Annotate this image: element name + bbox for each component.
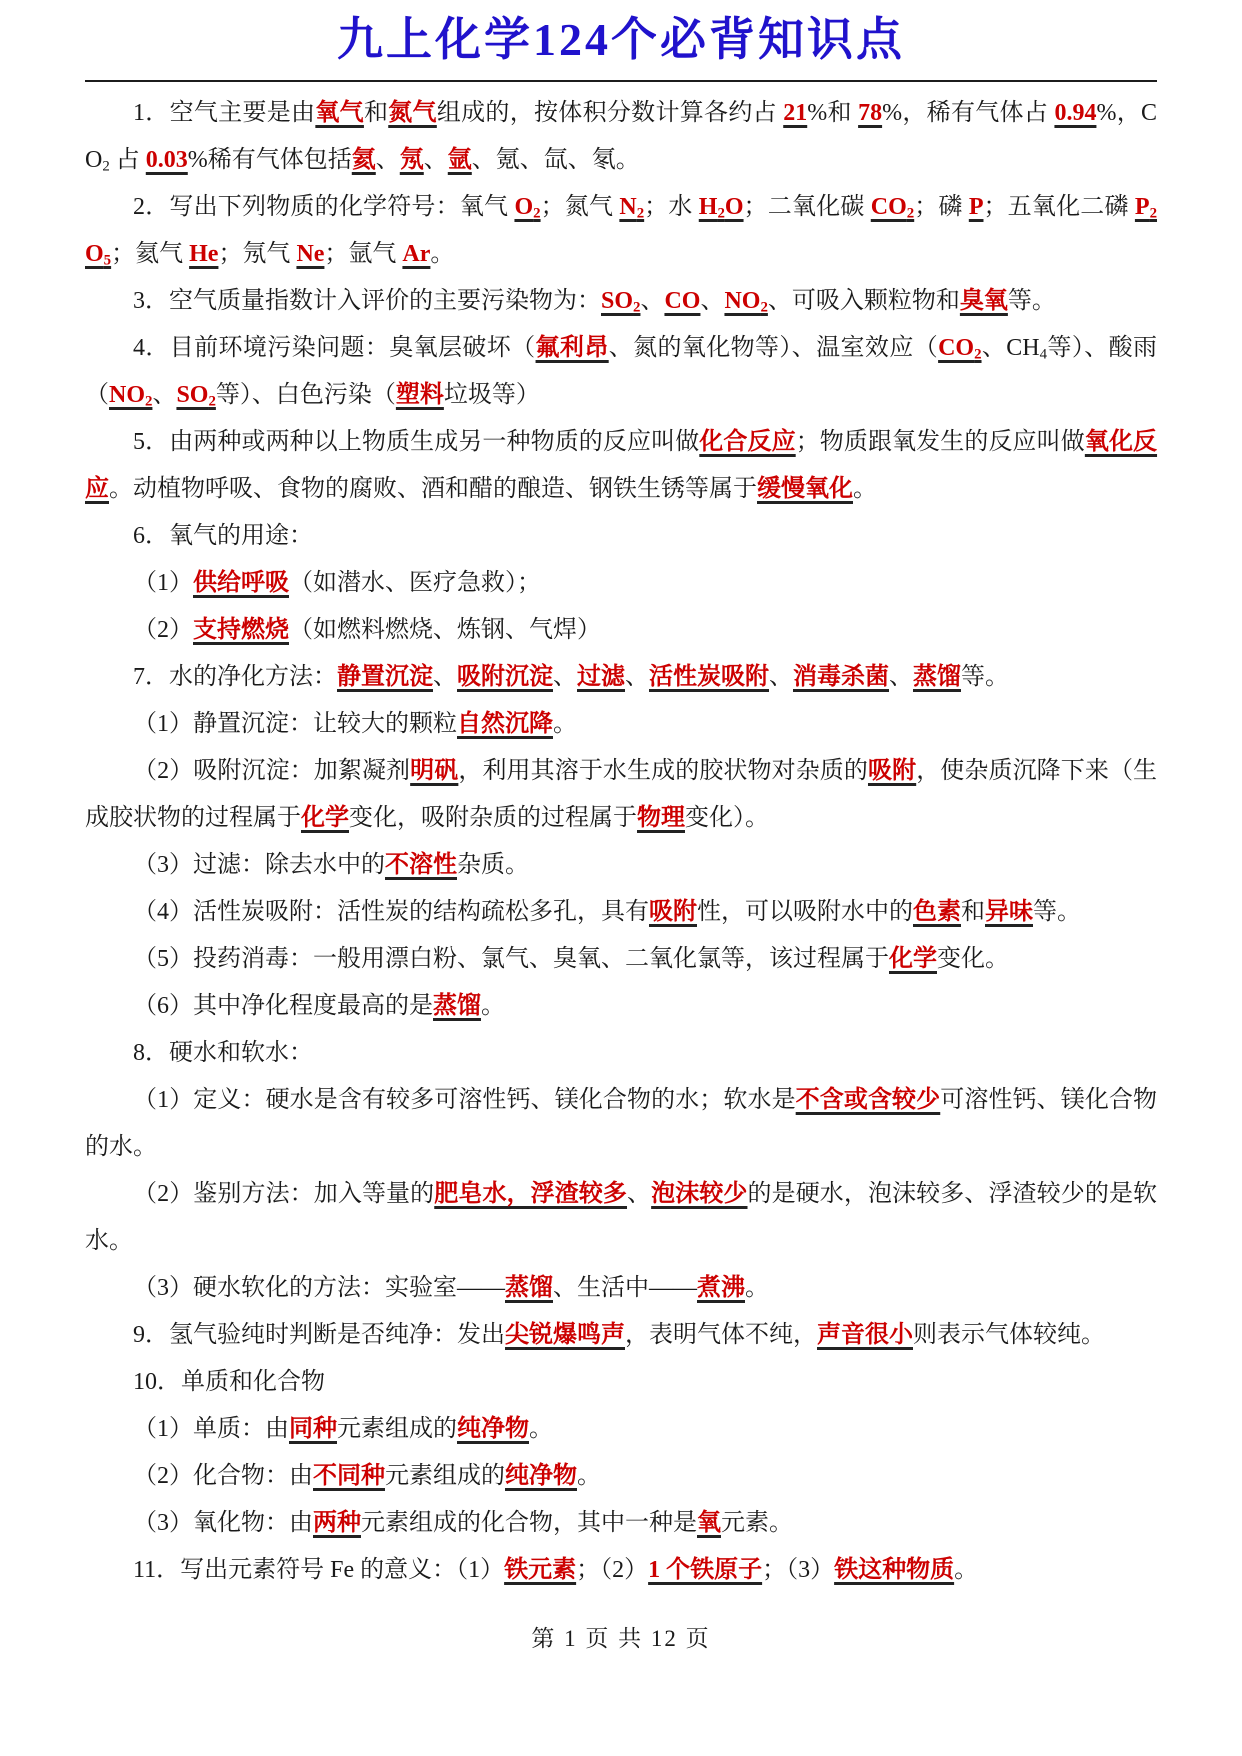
- paragraph: 4．目前环境污染问题：臭氧层破坏（氟利昂、氮的氧化物等）、温室效应（CO2、CH…: [85, 325, 1157, 419]
- highlighted-term: 过滤: [577, 664, 625, 690]
- text-run: 、: [640, 288, 664, 314]
- text-run: 变化）。: [685, 805, 769, 831]
- paragraph: （2）支持燃烧（如燃料燃烧、炼钢、气焊）: [85, 607, 1157, 654]
- highlighted-term: 氩: [448, 147, 472, 173]
- text-run: 、: [553, 664, 577, 690]
- paragraph: 6．氧气的用途：: [85, 513, 1157, 560]
- highlighted-term: 供给呼吸: [193, 570, 289, 596]
- highlighted-term: NO2: [109, 382, 152, 408]
- highlighted-term: 肥皂水，浮渣较多: [434, 1181, 627, 1207]
- highlighted-term: 缓慢氧化: [757, 476, 853, 502]
- paragraph: （3）过滤：除去水中的不溶性杂质。: [85, 842, 1157, 889]
- paragraph: （2）吸附沉淀：加絮凝剂明矾，利用其溶于水生成的胶状物对杂质的吸附，使杂质沉降下…: [85, 748, 1157, 842]
- text-run: ；氖气: [218, 241, 296, 267]
- subscript: 2: [102, 159, 109, 175]
- highlighted-term: 蒸馏: [505, 1275, 553, 1301]
- highlighted-term: 不含或含较少: [796, 1087, 941, 1113]
- paragraph: 11．写出元素符号 Fe 的意义：（1）铁元素；（2）1 个铁原子；（3）铁这种…: [85, 1547, 1157, 1594]
- highlighted-term: SO2: [176, 382, 215, 408]
- highlighted-term: 蒸馏: [913, 664, 961, 690]
- text-run: （1）: [133, 570, 193, 596]
- paragraph: （1）静置沉淀：让较大的颗粒自然沉降。: [85, 701, 1157, 748]
- paragraph: 8．硬水和软水：: [85, 1030, 1157, 1077]
- text-run: 2．写出下列物质的化学符号：氧气: [133, 194, 514, 220]
- text-run: 。: [577, 1463, 601, 1489]
- highlighted-term: 氦: [352, 147, 376, 173]
- text-run: ；磷: [914, 194, 969, 220]
- text-run: 、氮的氧化物等）、温室效应（: [609, 335, 938, 361]
- highlighted-term: 异味: [985, 899, 1033, 925]
- highlighted-term: 尖锐爆鸣声: [505, 1322, 625, 1348]
- highlighted-term: H2O: [699, 194, 744, 220]
- highlighted-term: 塑料: [396, 382, 444, 408]
- text-run: 组成的，按体积分数计算各约占: [437, 100, 783, 126]
- highlighted-term: 氟利昂: [536, 335, 609, 361]
- highlighted-term: 臭氧: [960, 288, 1008, 314]
- highlighted-term: 纯净物: [457, 1416, 529, 1442]
- text-run: ；物质跟氧发生的反应叫做: [796, 429, 1085, 455]
- text-run: ；二氧化碳: [744, 194, 871, 220]
- text-run: （3）过滤：除去水中的: [133, 852, 385, 878]
- highlighted-term: 明矾: [410, 758, 458, 784]
- text-run: 、: [625, 664, 649, 690]
- highlighted-term: 1 个铁原子: [648, 1557, 762, 1583]
- text-run: 。: [553, 711, 577, 737]
- text-run: （1）定义：硬水是含有较多可溶性钙、镁化合物的水；软水是: [133, 1087, 796, 1113]
- paragraph: （5）投药消毒：一般用漂白粉、氯气、臭氧、二氧化氯等，该过程属于化学变化。: [85, 936, 1157, 983]
- text-run: 、: [700, 288, 724, 314]
- text-run: 。: [745, 1275, 769, 1301]
- text-run: 4．目前环境污染问题：臭氧层破坏（: [133, 335, 536, 361]
- highlighted-term: 吸附: [868, 758, 916, 784]
- text-run: 、: [152, 382, 176, 408]
- paragraph: （1）定义：硬水是含有较多可溶性钙、镁化合物的水；软水是不含或含较少可溶性钙、镁…: [85, 1077, 1157, 1171]
- highlighted-term: 78: [858, 100, 882, 126]
- highlighted-term: 氧气: [315, 100, 364, 126]
- highlighted-term: Ar: [402, 241, 430, 267]
- highlighted-term: 化学: [889, 946, 937, 972]
- text-run: 、可吸入颗粒物和: [768, 288, 960, 314]
- text-run: ；（2）: [576, 1557, 648, 1583]
- paragraph: 10．单质和化合物: [85, 1359, 1157, 1406]
- text-run: 。动植物呼吸、食物的腐败、酒和醋的酿造、钢铁生锈等属于: [109, 476, 757, 502]
- text-run: 。: [430, 241, 454, 267]
- highlighted-term: 煮沸: [697, 1275, 745, 1301]
- text-run: ；水: [644, 194, 699, 220]
- highlighted-term: CO2: [938, 335, 981, 361]
- paragraph: （2）鉴别方法：加入等量的肥皂水，浮渣较多、泡沫较少的是硬水，泡沫较多、浮渣较少…: [85, 1171, 1157, 1265]
- highlighted-term: 蒸馏: [433, 993, 481, 1019]
- text-run: 3．空气质量指数计入评价的主要污染物为：: [133, 288, 601, 314]
- text-run: （3）硬水软化的方法：实验室——: [133, 1275, 505, 1301]
- page-footer: 第 1 页 共 12 页: [85, 1620, 1157, 1653]
- text-run: 8．硬水和软水：: [133, 1040, 313, 1066]
- text-run: 等。: [1008, 288, 1056, 314]
- text-run: 、: [424, 147, 448, 173]
- text-run: 、氪、氙、氡。: [472, 147, 640, 173]
- text-run: （2）化合物：由: [133, 1463, 313, 1489]
- text-run: 等。: [1033, 899, 1081, 925]
- text-run: 变化，吸附杂质的过程属于: [349, 805, 637, 831]
- text-run: 9．氢气验纯时判断是否纯净：发出: [133, 1322, 505, 1348]
- text-run: ；（3）: [762, 1557, 834, 1583]
- highlighted-term: 自然沉降: [457, 711, 553, 737]
- text-run: 变化。: [937, 946, 1009, 972]
- text-run: （2）: [133, 617, 193, 643]
- highlighted-term: 吸附沉淀: [457, 664, 553, 690]
- highlighted-term: 氖: [400, 147, 424, 173]
- text-run: 杂质。: [457, 852, 529, 878]
- text-run: （4）活性炭吸附：活性炭的结构疏松多孔，具有: [133, 899, 649, 925]
- highlighted-term: SO2: [601, 288, 640, 314]
- text-run: 、生活中——: [553, 1275, 697, 1301]
- text-run: 1．空气主要是由: [133, 100, 315, 126]
- paragraph: （6）其中净化程度最高的是蒸馏。: [85, 983, 1157, 1030]
- text-run: 5．由两种或两种以上物质生成另一种物质的反应叫做: [133, 429, 699, 455]
- highlighted-term: 静置沉淀: [337, 664, 433, 690]
- subscript: 5: [104, 253, 111, 269]
- text-run: 、: [769, 664, 793, 690]
- text-run: 性，可以吸附水中的: [697, 899, 913, 925]
- text-run: （2）鉴别方法：加入等量的: [133, 1181, 434, 1207]
- text-run: ；五氧化二磷: [983, 194, 1134, 220]
- paragraph: （3）硬水软化的方法：实验室——蒸馏、生活中——煮沸。: [85, 1265, 1157, 1312]
- highlighted-term: 氮气: [388, 100, 437, 126]
- text-run: （5）投药消毒：一般用漂白粉、氯气、臭氧、二氧化氯等，该过程属于: [133, 946, 889, 972]
- text-run: 垃圾等）: [444, 382, 540, 408]
- subscript: 2: [533, 206, 540, 222]
- text-run: 元素组成的: [337, 1416, 457, 1442]
- highlighted-term: 同种: [289, 1416, 337, 1442]
- paragraph: （2）化合物：由不同种元素组成的纯净物。: [85, 1453, 1157, 1500]
- text-run: 。: [954, 1557, 978, 1583]
- text-run: 7．水的净化方法：: [133, 664, 337, 690]
- paragraph: 2．写出下列物质的化学符号：氧气 O2；氮气 N2；水 H2O；二氧化碳 CO2…: [85, 184, 1157, 278]
- text-run: 6．氧气的用途：: [133, 523, 313, 549]
- highlighted-term: CO: [664, 288, 700, 314]
- text-run: 、: [433, 664, 457, 690]
- text-run: 元素组成的化合物，其中一种是: [361, 1510, 697, 1536]
- text-run: ，表明气体不纯，: [625, 1322, 817, 1348]
- paragraph: 3．空气质量指数计入评价的主要污染物为：SO2、CO、NO2、可吸入颗粒物和臭氧…: [85, 278, 1157, 325]
- highlighted-term: 消毒杀菌: [793, 664, 889, 690]
- highlighted-term: P: [969, 194, 984, 220]
- page-title: 九上化学124个必背知识点: [85, 10, 1157, 70]
- highlighted-term: 色素: [913, 899, 961, 925]
- highlighted-term: 0.03: [146, 147, 188, 173]
- paragraph: （1）单质：由同种元素组成的纯净物。: [85, 1406, 1157, 1453]
- text-run: %稀有气体包括: [188, 147, 352, 173]
- highlighted-term: 21: [783, 100, 807, 126]
- title-divider: [85, 80, 1157, 82]
- highlighted-term: 吸附: [649, 899, 697, 925]
- highlighted-term: 纯净物: [505, 1463, 577, 1489]
- text-run: 。: [481, 993, 505, 1019]
- highlighted-term: CO2: [871, 194, 914, 220]
- subscript: 2: [1150, 206, 1157, 222]
- text-run: 。: [529, 1416, 553, 1442]
- text-run: 等）、白色污染（: [216, 382, 396, 408]
- subscript: 2: [208, 394, 215, 410]
- text-run: %，稀有气体占: [882, 100, 1054, 126]
- highlighted-term: 化合反应: [699, 429, 795, 455]
- paragraph: （4）活性炭吸附：活性炭的结构疏松多孔，具有吸附性，可以吸附水中的色素和异味等。: [85, 889, 1157, 936]
- subscript: 2: [974, 347, 981, 363]
- text-run: （6）其中净化程度最高的是: [133, 993, 433, 1019]
- text-run: 和: [364, 100, 388, 126]
- highlighted-term: 物理: [637, 805, 685, 831]
- text-run: （2）吸附沉淀：加絮凝剂: [133, 758, 410, 784]
- text-run: （如潜水、医疗急救）；: [289, 570, 541, 596]
- paragraph: 5．由两种或两种以上物质生成另一种物质的反应叫做化合反应；物质跟氧发生的反应叫做…: [85, 419, 1157, 513]
- text-run: ；氦气: [111, 241, 189, 267]
- highlighted-term: 铁这种物质: [834, 1557, 954, 1583]
- text-run: 、: [889, 664, 913, 690]
- paragraph: （3）氧化物：由两种元素组成的化合物，其中一种是氧元素。: [85, 1500, 1157, 1547]
- highlighted-term: 化学: [301, 805, 349, 831]
- text-run: 、: [376, 147, 400, 173]
- highlighted-term: 氧: [697, 1510, 721, 1536]
- text-run: （1）单质：由: [133, 1416, 289, 1442]
- text-run: ；氩气: [324, 241, 402, 267]
- text-run: ，利用其溶于水生成的胶状物对杂质的: [458, 758, 868, 784]
- text-run: 11．写出元素符号 Fe 的意义：（1）: [133, 1557, 504, 1583]
- subscript: 2: [717, 206, 724, 222]
- text-run: 和: [961, 899, 985, 925]
- highlighted-term: 声音很小: [817, 1322, 913, 1348]
- text-run: 元素。: [721, 1510, 793, 1536]
- text-run: 10．单质和化合物: [133, 1369, 325, 1395]
- text-run: 、: [627, 1181, 651, 1207]
- paragraph: 1．空气主要是由氧气和氮气组成的，按体积分数计算各约占 21%和 78%，稀有气…: [85, 90, 1157, 184]
- text-run: （3）氧化物：由: [133, 1510, 313, 1536]
- document-page: 九上化学124个必背知识点 1．空气主要是由氧气和氮气组成的，按体积分数计算各约…: [0, 0, 1242, 1756]
- paragraph: 7．水的净化方法：静置沉淀、吸附沉淀、过滤、活性炭吸附、消毒杀菌、蒸馏等。: [85, 654, 1157, 701]
- paragraph: 9．氢气验纯时判断是否纯净：发出尖锐爆鸣声，表明气体不纯，声音很小则表示气体较纯…: [85, 1312, 1157, 1359]
- text-run: （1）静置沉淀：让较大的颗粒: [133, 711, 457, 737]
- highlighted-term: Ne: [296, 241, 324, 267]
- highlighted-term: 活性炭吸附: [649, 664, 769, 690]
- highlighted-term: 不同种: [313, 1463, 385, 1489]
- text-run: 。: [853, 476, 877, 502]
- highlighted-term: 泡沫较少: [651, 1181, 747, 1207]
- paragraph: （1）供给呼吸（如潜水、医疗急救）；: [85, 560, 1157, 607]
- highlighted-term: O2: [514, 194, 540, 220]
- highlighted-term: 不溶性: [385, 852, 457, 878]
- text-run: 元素组成的: [385, 1463, 505, 1489]
- highlighted-term: NO2: [724, 288, 767, 314]
- highlighted-term: He: [189, 241, 218, 267]
- document-body: 1．空气主要是由氧气和氮气组成的，按体积分数计算各约占 21%和 78%，稀有气…: [85, 90, 1157, 1594]
- text-run: %和: [807, 100, 858, 126]
- subscript: 4: [1040, 347, 1047, 363]
- text-run: ；氮气: [541, 194, 620, 220]
- text-run: 则表示气体较纯。: [913, 1322, 1105, 1348]
- subscript: 2: [760, 300, 767, 316]
- text-run: （如燃料燃烧、炼钢、气焊）: [289, 617, 601, 643]
- highlighted-term: 铁元素: [504, 1557, 576, 1583]
- highlighted-term: 两种: [313, 1510, 361, 1536]
- highlighted-term: 0.94: [1054, 100, 1096, 126]
- highlighted-term: 支持燃烧: [193, 617, 289, 643]
- text-run: 等。: [961, 664, 1009, 690]
- highlighted-term: N2: [619, 194, 644, 220]
